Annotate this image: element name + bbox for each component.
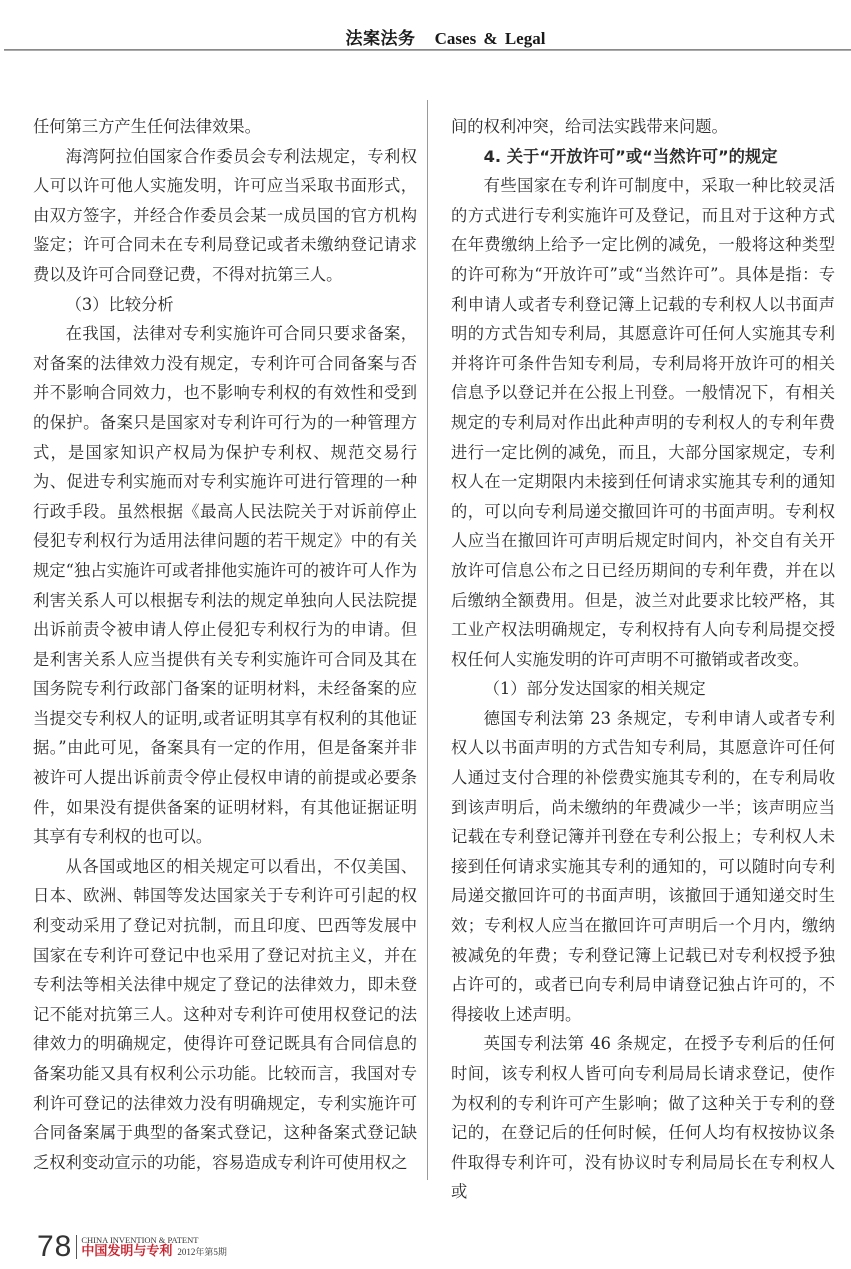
journal-name-en: CHINA INVENTION & PATENT (81, 1236, 227, 1245)
footer-divider (76, 1235, 77, 1259)
journal-info: CHINA INVENTION & PATENT 中国发明与专利 2012年第5… (81, 1236, 227, 1259)
running-header: 法案法务 Cases & Legal (0, 24, 851, 49)
journal-name-cn: 中国发明与专利 (81, 1245, 172, 1258)
paragraph: 德国专利法第 23 条规定，专利申请人或者专利权人以书面声明的方式告知专利局，其… (451, 704, 835, 1030)
page-footer: 78 CHINA INVENTION & PATENT 中国发明与专利 2012… (37, 1232, 227, 1262)
subheading: （1）部分发达国家的相关规定 (451, 674, 835, 704)
journal-issue: 2012年第5期 (177, 1248, 227, 1257)
paragraph: 海湾阿拉伯国家合作委员会专利法规定，专利权人可以许可他人实施发明，许可应当采取书… (33, 142, 417, 290)
header-rule (4, 49, 851, 51)
paragraph: 在我国，法律对专利实施许可合同只要求备案，对备案的法律效力没有规定，专利许可合同… (33, 319, 417, 852)
section-heading: 4. 关于“开放许可”或“当然许可”的规定 (451, 142, 835, 172)
paragraph-continuation: 任何第三方产生任何法律效果。 (33, 112, 417, 142)
section-title: 法案法务 Cases & Legal (346, 24, 546, 49)
left-column: 任何第三方产生任何法律效果。 海湾阿拉伯国家合作委员会专利法规定，专利权人可以许… (33, 112, 417, 1177)
column-divider (427, 100, 428, 1180)
paragraph-continuation: 间的权利冲突，给司法实践带来问题。 (451, 112, 835, 142)
right-column: 间的权利冲突，给司法实践带来问题。 4. 关于“开放许可”或“当然许可”的规定 … (451, 112, 835, 1207)
paragraph: 英国专利法第 46 条规定，在授予专利后的任何时间，该专利权人皆可向专利局局长请… (451, 1029, 835, 1207)
paragraph: 从各国或地区的相关规定可以看出，不仅美国、日本、欧洲、韩国等发达国家关于专利许可… (33, 852, 417, 1178)
paragraph: 有些国家在专利许可制度中，采取一种比较灵活的方式进行专利实施许可及登记，而且对于… (451, 171, 835, 674)
section-title-cn: 法案法务 (346, 29, 416, 49)
section-title-en: Cases & Legal (435, 29, 546, 48)
subheading: （3）比较分析 (33, 290, 417, 320)
page-number: 78 (37, 1232, 72, 1262)
